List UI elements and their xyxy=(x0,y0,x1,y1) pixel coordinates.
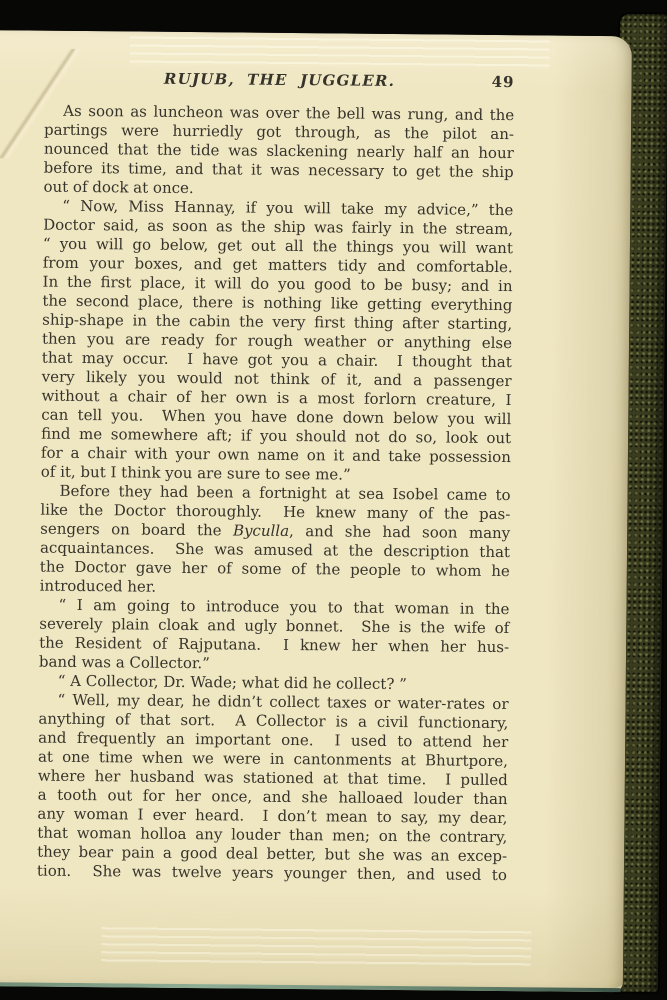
scan-background: RUJUB, THE JUGGLER. 49 As soon as lunche… xyxy=(0,0,667,1000)
text-line: tion. She was twelve years younger then,… xyxy=(37,862,507,886)
page-edge-streaks-bottom xyxy=(101,924,531,966)
text-block: As soon as luncheon was over the bell wa… xyxy=(37,102,514,885)
paragraph: “ Well, my dear, he didn’t collect taxes… xyxy=(37,691,509,886)
book-page: RUJUB, THE JUGGLER. 49 As soon as lunche… xyxy=(0,30,632,992)
page-bottom-edge xyxy=(0,982,621,992)
page-number: 49 xyxy=(492,73,515,91)
paragraph: “ Now, Miss Hannay, if you will take my … xyxy=(41,197,514,486)
page-content: RUJUB, THE JUGGLER. 49 As soon as lunche… xyxy=(37,69,515,885)
paragraph: As soon as luncheon was over the bell wa… xyxy=(43,102,514,202)
paragraph: “ I am going to introduce you to that wo… xyxy=(39,596,510,677)
page-edge-streaks-top xyxy=(130,33,550,69)
paragraph: Before they had been a fortnight at sea … xyxy=(40,482,511,601)
running-title: RUJUB, THE JUGGLER. xyxy=(44,69,514,92)
page-header: RUJUB, THE JUGGLER. 49 xyxy=(44,69,514,98)
